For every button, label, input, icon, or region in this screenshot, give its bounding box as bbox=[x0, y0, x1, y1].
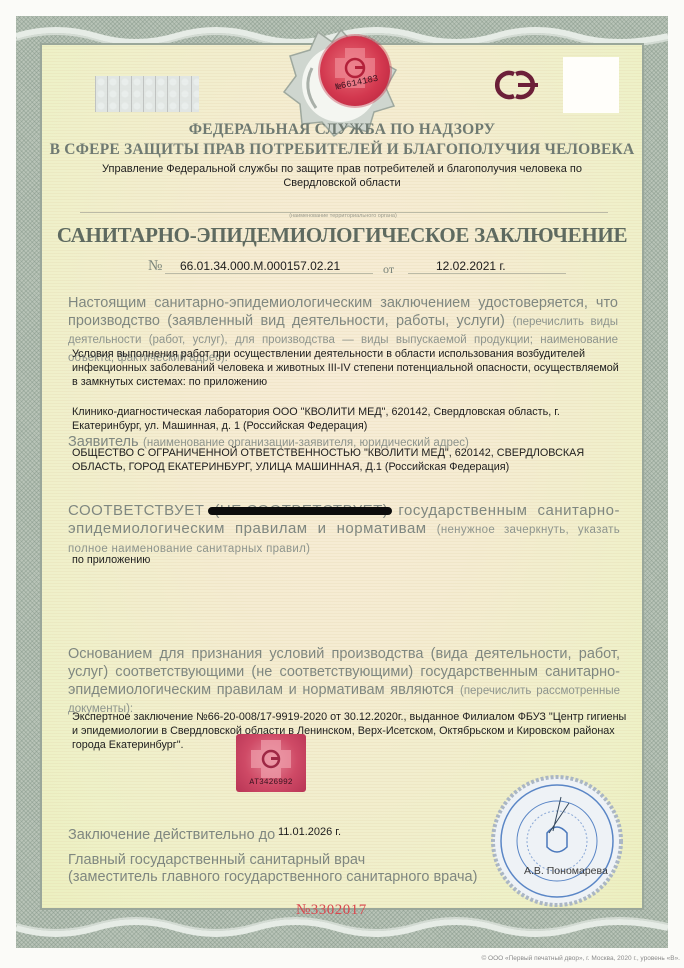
signatory-name: А.В. Пономарева bbox=[524, 865, 608, 877]
hologram-bottom-number: АТ3426992 bbox=[236, 778, 306, 787]
conformity-struck-option: (НЕ СООТВЕТСТВУЕТ) bbox=[214, 502, 388, 520]
conformity-status: СООТВЕТСТВУЕТ bbox=[68, 502, 204, 519]
sanepid-hologram-icon bbox=[320, 36, 390, 106]
printer-credit: © ООО «Первый печатный двор», г. Москва,… bbox=[440, 955, 680, 962]
issue-date: 12.02.2021 г. bbox=[436, 259, 506, 273]
official-stamp-icon bbox=[487, 773, 627, 909]
date-underline bbox=[408, 273, 566, 274]
validity-label: Заключение действительно до bbox=[68, 826, 275, 844]
object-address: Клинико-диагностическая лаборатория ООО … bbox=[72, 405, 622, 433]
date-label: от bbox=[383, 262, 394, 277]
hologram-seal-top: №6614183 bbox=[320, 36, 390, 106]
signatory-title: Главный государственный санитарный врач … bbox=[68, 852, 488, 886]
activity-description: Условия выполнения работ при осуществлен… bbox=[72, 347, 622, 389]
basis-value: Экспертное заключение №66-20-008/17-9919… bbox=[72, 710, 632, 752]
conformity-value: по приложению bbox=[72, 553, 150, 567]
conformity-statement: СООТВЕТСТВУЕТ (НЕ СООТВЕТСТВУЕТ) государ… bbox=[68, 502, 620, 558]
security-hologram-strip bbox=[95, 76, 199, 112]
hologram-seal-bottom: АТ3426992 bbox=[236, 734, 306, 792]
number-label: № bbox=[148, 258, 162, 275]
blank-serial-number: №3302017 bbox=[296, 902, 367, 919]
applicant-value: ОБЩЕСТВО С ОГРАНИЧЕННОЙ ОТВЕТСТВЕННОСТЬЮ… bbox=[72, 446, 632, 474]
blank-security-area bbox=[563, 57, 619, 113]
number-underline bbox=[165, 273, 373, 274]
territorial-body: Управление Федеральной службы по защите … bbox=[70, 162, 614, 190]
signatory-title-line1: Главный государственный санитарный врач bbox=[68, 852, 488, 869]
signatory-title-line2: (заместитель главного государственного с… bbox=[68, 869, 488, 886]
guilloche-border-bottom bbox=[16, 916, 668, 942]
territorial-body-caption: (наименование территориального органа) bbox=[268, 213, 418, 219]
validity-date: 11.01.2026 г. bbox=[278, 826, 341, 838]
basis-statement: Основанием для признания условий произво… bbox=[68, 645, 620, 717]
agency-title-line2: В СФЕРЕ ЗАЩИТЫ ПРАВ ПОТРЕБИТЕЛЕЙ И БЛАГО… bbox=[40, 141, 644, 159]
sanepid-logo-icon bbox=[490, 67, 550, 103]
document-title: САНИТАРНО-ЭПИДЕМИОЛОГИЧЕСКОЕ ЗАКЛЮЧЕНИЕ bbox=[40, 223, 644, 248]
agency-title-line1: ФЕДЕРАЛЬНАЯ СЛУЖБА ПО НАДЗОРУ bbox=[40, 121, 644, 139]
certificate-number: 66.01.34.000.М.000157.02.21 bbox=[180, 259, 340, 273]
